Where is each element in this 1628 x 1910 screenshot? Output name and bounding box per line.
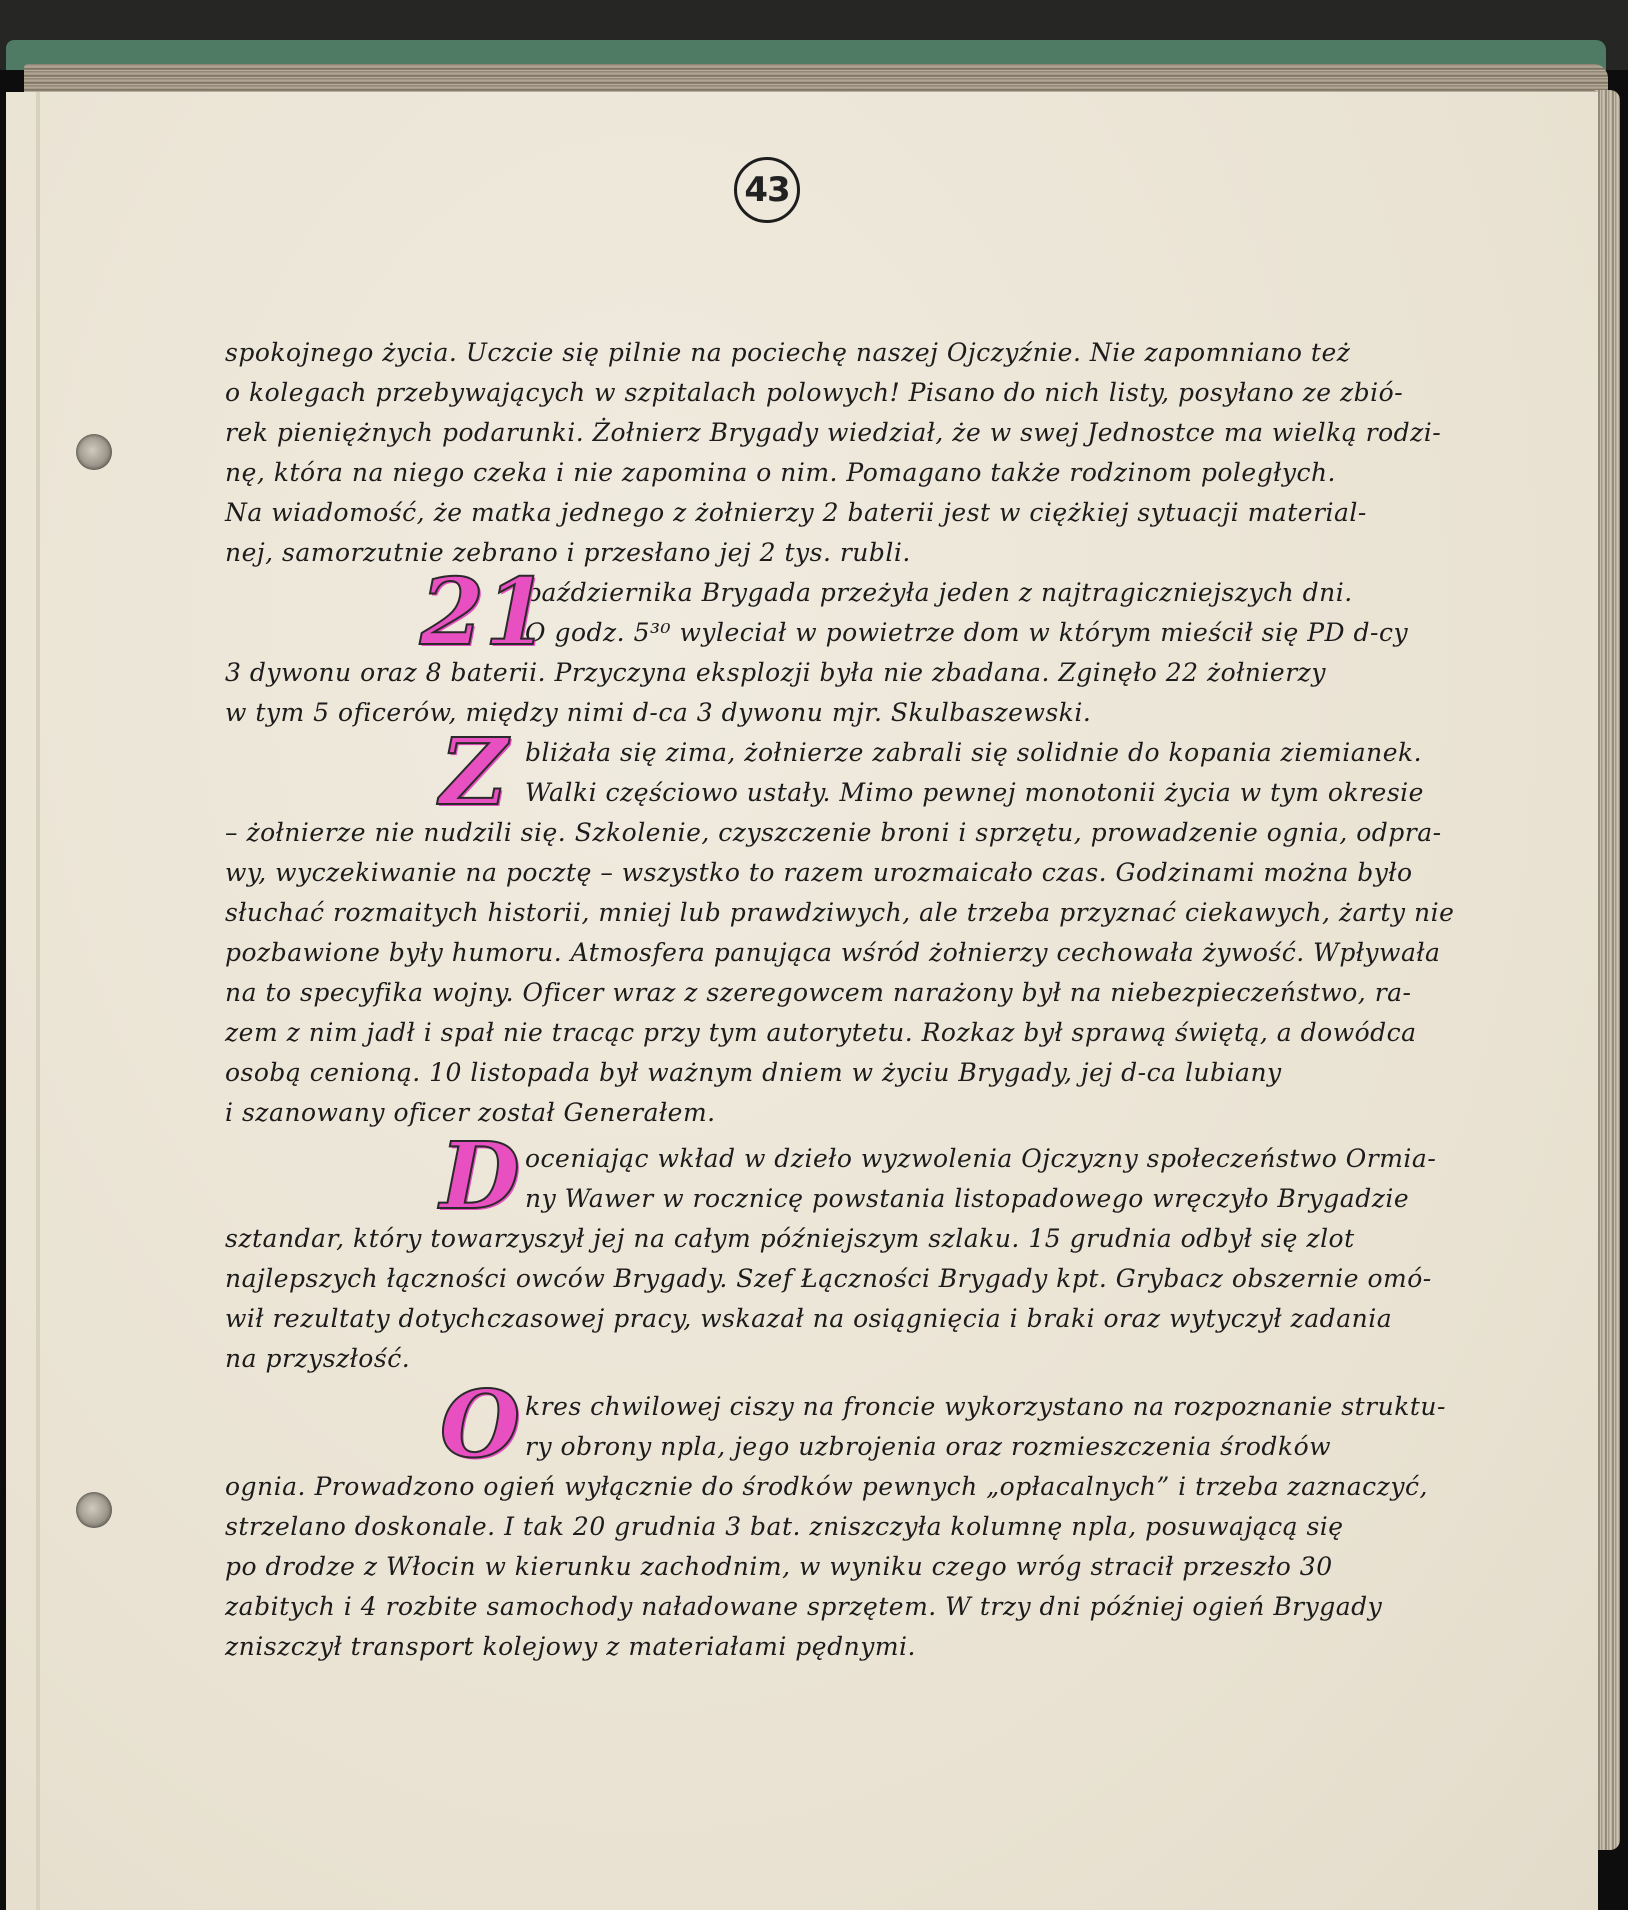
drop-cap: D	[440, 1131, 520, 1221]
text-line: ognia. Prowadzono ogień wyłącznie do śro…	[225, 1467, 1405, 1507]
page-number-circle: 43	[734, 157, 800, 223]
text-line: oceniając wkład w dzieło wyzwolenia Ojcz…	[225, 1139, 1405, 1179]
text-line: spokojnego życia. Uczcie się pilnie na p…	[225, 333, 1405, 373]
text-line: sztandar, który towarzyszył jej na całym…	[225, 1219, 1405, 1259]
text-line: po drodze z Włocin w kierunku zachodnim,…	[225, 1547, 1405, 1587]
text-line: zniszczył transport kolejowy z materiała…	[225, 1627, 1405, 1667]
text-line: wy, wyczekiwanie na pocztę – wszystko to…	[225, 853, 1405, 893]
text-line: nę, która na niego czeka i nie zapomina …	[225, 453, 1405, 493]
drop-cap: O	[440, 1379, 521, 1469]
text-line: kres chwilowej ciszy na froncie wykorzys…	[225, 1387, 1405, 1427]
text-line: Walki częściowo ustały. Mimo pewnej mono…	[225, 773, 1405, 813]
text-line: wił rezultaty dotychczasowej pracy, wska…	[225, 1299, 1405, 1339]
text-line: na przyszłość.	[225, 1339, 1405, 1379]
text-line: w tym 5 oficerów, między nimi d-ca 3 dyw…	[225, 693, 1405, 733]
paragraph-5: O kres chwilowej ciszy na froncie wykorz…	[225, 1387, 1405, 1667]
text-line: najlepszych łączności owców Brygady. Sze…	[225, 1259, 1405, 1299]
text-line: i szanowany oficer został Generałem.	[225, 1093, 1405, 1133]
handwritten-text: spokojnego życia. Uczcie się pilnie na p…	[225, 333, 1405, 1667]
text-line: pozbawione były humoru. Atmosfera panują…	[225, 933, 1405, 973]
text-line: osobą cenioną. 10 listopada był ważnym d…	[225, 1053, 1405, 1093]
drop-cap: 21	[420, 567, 549, 657]
text-line: O godz. 5³⁰ wyleciał w powietrze dom w k…	[225, 613, 1405, 653]
punch-hole-icon	[76, 434, 112, 470]
drop-cap: Z	[440, 727, 508, 817]
text-line: zabitych i 4 rozbite samochody naładowan…	[225, 1587, 1405, 1627]
text-line: ry obrony npla, jego uzbrojenia oraz roz…	[225, 1427, 1405, 1467]
paragraph-2: 21 października Brygada przeżyła jeden z…	[225, 573, 1405, 733]
text-line: – żołnierze nie nudzili się. Szkolenie, …	[225, 813, 1405, 853]
text-line: października Brygada przeżyła jeden z na…	[225, 573, 1405, 613]
text-line: strzelano doskonale. I tak 20 grudnia 3 …	[225, 1507, 1405, 1547]
text-line: na to specyfika wojny. Oficer wraz z sze…	[225, 973, 1405, 1013]
text-line: 3 dywonu oraz 8 baterii. Przyczyna ekspl…	[225, 653, 1405, 693]
text-line: o kolegach przebywających w szpitalach p…	[225, 373, 1405, 413]
paragraph-3: Z bliżała się zima, żołnierze zabrali si…	[225, 733, 1405, 1133]
text-line: nej, samorzutnie zebrano i przesłano jej…	[225, 533, 1405, 573]
text-line: rek pieniężnych podarunki. Żołnierz Bryg…	[225, 413, 1405, 453]
text-line: ny Wawer w rocznicę powstania listopadow…	[225, 1179, 1405, 1219]
page-margin-line	[36, 92, 40, 1910]
text-line: słuchać rozmaitych historii, mniej lub p…	[225, 893, 1405, 933]
paragraph-4: D oceniając wkład w dzieło wyzwolenia Oj…	[225, 1139, 1405, 1379]
punch-hole-icon	[76, 1492, 112, 1528]
text-line: bliżała się zima, żołnierze zabrali się …	[225, 733, 1405, 773]
text-line: Na wiadomość, że matka jednego z żołnier…	[225, 493, 1405, 533]
paragraph-1: spokojnego życia. Uczcie się pilnie na p…	[225, 333, 1405, 573]
page-number: 43	[744, 170, 789, 210]
text-line: zem z nim jadł i spał nie tracąc przy ty…	[225, 1013, 1405, 1053]
